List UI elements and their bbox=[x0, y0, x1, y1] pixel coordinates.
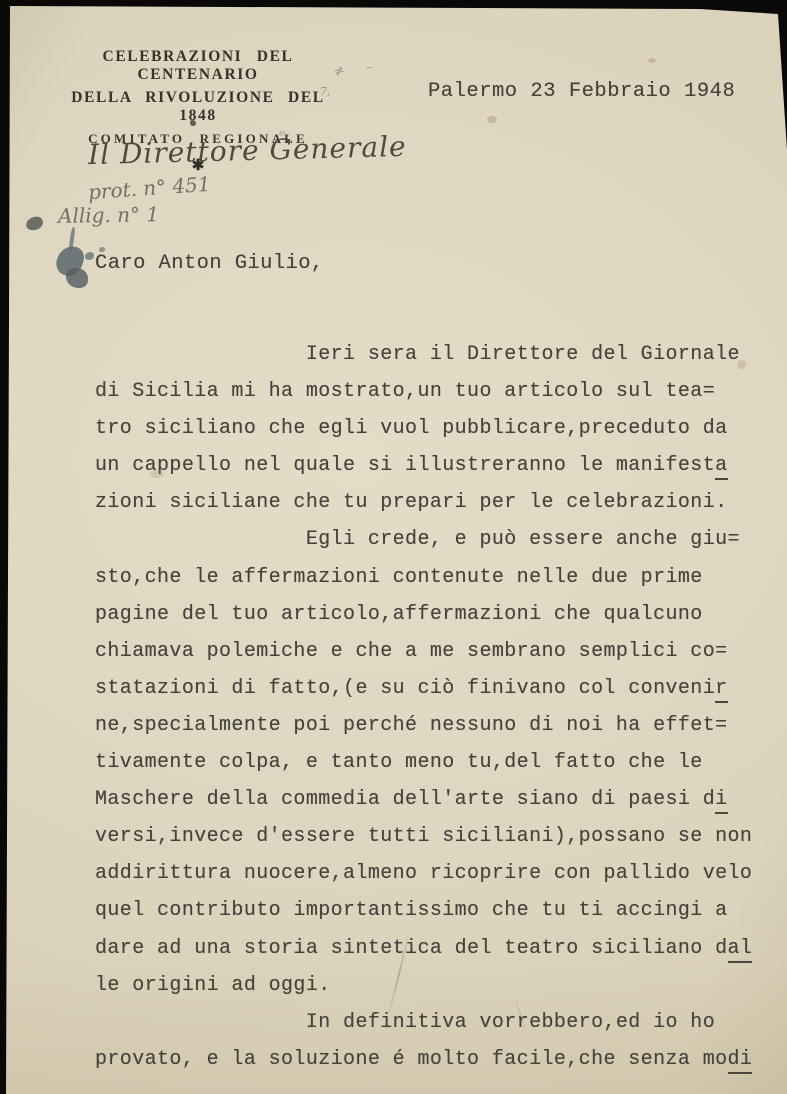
pencil-mark: 7, bbox=[320, 85, 331, 98]
letter-line: quel contributo importantissimo che tu t… bbox=[95, 892, 752, 929]
letter-line: tivamente colpa, e tanto meno tu,del fat… bbox=[95, 744, 752, 781]
age-spot bbox=[648, 58, 656, 63]
letter-line: statazioni di fatto,(e su ciò finivano c… bbox=[95, 670, 752, 707]
letter-line: dare ad una storia sintetica del teatro … bbox=[95, 930, 752, 967]
date-line: Palermo 23 Febbraio 1948 bbox=[428, 80, 735, 103]
letter-line: sto,che le affermazioni contenute nelle … bbox=[95, 559, 752, 596]
age-spot bbox=[190, 120, 196, 126]
age-spot bbox=[150, 470, 164, 478]
salutation: Caro Anton Giulio, bbox=[95, 252, 324, 275]
letter-line: di Sicilia mi ha mostrato,un tuo articol… bbox=[95, 373, 752, 410]
letterhead-line1: CELEBRAZIONI DEL CENTENARIO bbox=[52, 48, 344, 84]
letter-line: provato, e la soluzione é molto facile,c… bbox=[95, 1041, 752, 1078]
letter-line: pagine del tuo articolo,affermazioni che… bbox=[95, 596, 752, 633]
attachment-number-annotation: Allig. n° 1 bbox=[58, 202, 160, 228]
age-spot bbox=[737, 360, 746, 369]
letter-line: Egli crede, e può essere anche giu= bbox=[95, 521, 752, 558]
letter-line: un cappello nel quale si illustreranno l… bbox=[95, 447, 752, 484]
letter-line: tro siciliano che egli vuol pubblicare,p… bbox=[95, 410, 752, 447]
letterhead-line2: DELLA RIVOLUZIONE DEL 1848 bbox=[52, 89, 344, 125]
letter-line: Maschere della commedia dell'arte siano … bbox=[95, 781, 752, 818]
letter-line: chiamava polemiche e che a me sembrano s… bbox=[95, 633, 752, 670]
letter-line: In definitiva vorrebbero,ed io ho bbox=[95, 1004, 752, 1041]
letter-line: versi,invece d'essere tutti siciliani),p… bbox=[95, 818, 752, 855]
letter-line: Ieri sera il Direttore del Giornale bbox=[95, 336, 752, 373]
letter-paper: CELEBRAZIONI DEL CENTENARIO DELLA RIVOLU… bbox=[0, 0, 787, 1094]
letter-line: ne,specialmente poi perché nessuno di no… bbox=[95, 707, 752, 744]
letter-line: zioni siciliane che tu prepari per le ce… bbox=[95, 484, 752, 521]
letter-line: le origini ad oggi. bbox=[95, 967, 752, 1004]
letter-line: addirittura nuocere,almeno ricoprire con… bbox=[95, 855, 752, 892]
age-spot bbox=[487, 116, 497, 123]
ink-blot bbox=[66, 268, 88, 288]
letter-body: Ieri sera il Direttore del Giornaledi Si… bbox=[95, 336, 752, 1078]
pencil-mark: – bbox=[366, 60, 372, 74]
